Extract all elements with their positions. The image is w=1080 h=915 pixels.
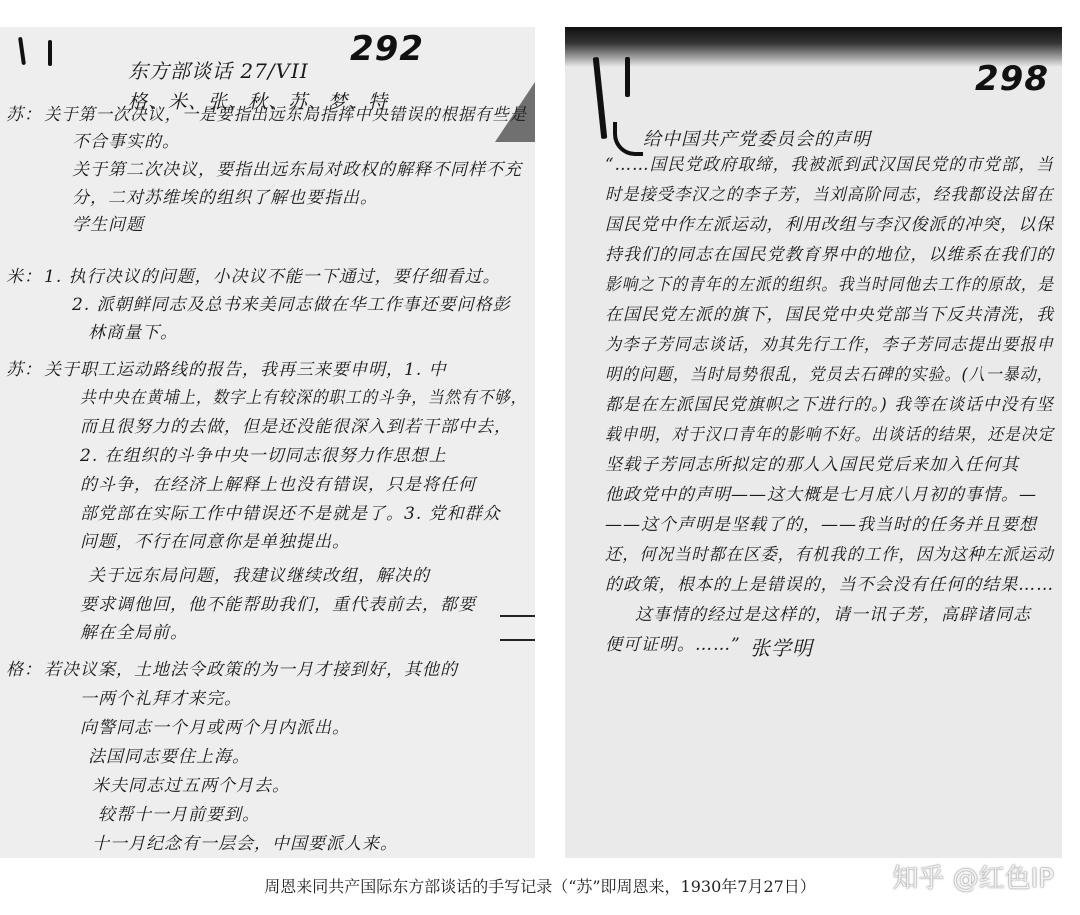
handwritten-line: 还，何况当时都在区委，有机我的工作，因为这种左派运动 bbox=[605, 540, 1054, 565]
handwritten-line: 米夫同志过五两个月去。 bbox=[92, 771, 290, 796]
handwritten-line: 这事情的经过是这样的，请一讯子芳，高辟诸同志 bbox=[635, 600, 1031, 625]
handwritten-line: 解在全局前。 bbox=[80, 618, 188, 643]
page-number: 298 bbox=[975, 59, 1049, 99]
document-title: 给中国共产党委员会的声明 bbox=[643, 125, 871, 151]
handwritten-line: 的政策，根本的上是错误的，当不会没有任何的结果…… bbox=[605, 570, 1054, 595]
handwritten-line: 影响之下的青年的左派的组织。我当时同他去工作的原故，是 bbox=[605, 270, 1054, 295]
handwritten-line: 向警同志一个月或两个月内派出。 bbox=[80, 713, 350, 738]
right-document-scan: 298 给中国共产党委员会的声明 “……国民党政府取缔，我被派到武汉国民党的市党… bbox=[565, 27, 1062, 858]
speaker-label: 苏： bbox=[6, 355, 42, 380]
handwritten-line: 1. 执行决议的问题，小决议不能一下通过，要仔细看过。 bbox=[44, 262, 501, 287]
handwritten-line: 坚载子芳同志所拟定的那人入国民党后来加入任何其 bbox=[605, 450, 1019, 475]
handwritten-line: 2. 派朝鲜同志及总书来美同志做在华工作事还要问格彭 bbox=[72, 290, 511, 315]
handwritten-line: 关于第一次决议，一是要指出远东局指挥中央错误的根据有些是 bbox=[44, 100, 527, 125]
handwritten-line: 若决议案，土地法令政策的为一月才接到好，其他的 bbox=[44, 655, 458, 680]
handwritten-line: 关于第二次决议，要指出远东局对政权的解释不同样不充 bbox=[72, 155, 522, 180]
handwritten-line: 为李子芳同志谈话，劝其先行工作，李子芳同志提出要报申 bbox=[605, 330, 1054, 355]
watermark: 知乎 @红色IP bbox=[892, 858, 1054, 895]
handwritten-line: 持我们的同志在国民党教育界中的地位，以维系在我们的 bbox=[605, 240, 1054, 265]
handwritten-line: 林商量下。 bbox=[88, 318, 178, 343]
handwritten-line: 的斗争，在经济上解释上也没有错误，只是将任何 bbox=[80, 470, 476, 495]
handwritten-line: 明的问题，当时局势很乱，党员去石碑的实验。(八一暴动， bbox=[605, 360, 1054, 385]
margin-stroke bbox=[500, 615, 535, 617]
margin-mark bbox=[48, 40, 52, 66]
handwritten-line: 时是接受李汉之的李子芳，当刘高阶同志，经我都设法留在 bbox=[605, 180, 1054, 205]
handwritten-line: 较帮十一月前要到。 bbox=[98, 800, 260, 825]
speaker-label: 米： bbox=[6, 262, 42, 287]
handwritten-line: 关于职工运动路线的报告，我再三来要申明，1. 中 bbox=[44, 355, 447, 380]
handwritten-line: 都是在左派国民党旗帜之下进行的。) 我等在谈话中没有坚 bbox=[605, 390, 1054, 415]
margin-mark bbox=[625, 57, 630, 97]
handwritten-line: 法国同志要住上海。 bbox=[88, 742, 250, 767]
handwritten-line: 他政党中的声明——这大概是七月底八月初的事情。— bbox=[605, 480, 1037, 505]
handwritten-line: 十一月纪念有一层会，中国要派人来。 bbox=[92, 829, 398, 854]
handwritten-line: 分，二对苏维埃的组织了解也要指出。 bbox=[72, 183, 378, 208]
handwritten-line: ——这个声明是坚载了的，——我当时的任务并且要想 bbox=[605, 510, 1037, 535]
handwritten-line: 在国民党左派的旗下，国民党中央党部当下反共清洗，我 bbox=[605, 300, 1054, 325]
handwritten-line: 而且很努力的去做，但是还没能很深入到若干部中去， bbox=[80, 412, 512, 437]
left-document-scan: 292 东方部谈话 27/VII 格、米、张、秋、苏、梦、特 苏：关于第一次决议… bbox=[0, 27, 535, 858]
handwritten-line: 要求调他回，他不能帮助我们，重代表前去，都要 bbox=[80, 590, 476, 615]
handwritten-line: 部党部在实际工作中错误还不是就是了。3. 党和群众 bbox=[80, 499, 501, 524]
handwritten-line: “……国民党政府取缔，我被派到武汉国民党的市党部，当 bbox=[605, 150, 1054, 175]
handwritten-line: 问题，不行在同意你是单独提出。 bbox=[80, 527, 350, 552]
page-number: 292 bbox=[350, 29, 424, 69]
handwritten-line: 便可证明。……” bbox=[605, 630, 741, 655]
margin-stroke bbox=[500, 639, 535, 641]
signature: 张学明 bbox=[750, 632, 813, 661]
margin-mark bbox=[593, 57, 608, 139]
handwritten-line: 共中央在黄埔上，数字上有较深的职工的斗争，当然有不够， bbox=[80, 383, 527, 408]
document-header: 东方部谈话 27/VII bbox=[128, 55, 309, 84]
handwritten-line: 学生问题 bbox=[72, 210, 144, 235]
handwritten-line: 2. 在组织的斗争中央一切同志很努力作思想上 bbox=[80, 441, 447, 466]
speaker-label: 苏： bbox=[6, 100, 42, 125]
handwritten-line: 关于远东局问题，我建议继续改组，解决的 bbox=[88, 561, 430, 586]
handwritten-line: 不合事实的。 bbox=[72, 127, 180, 152]
handwritten-line: 国民党中作左派运动，利用改组与李汉俊派的冲突，以保 bbox=[605, 210, 1054, 235]
speaker-label: 格： bbox=[6, 655, 42, 680]
handwritten-line: 一两个礼拜才来完。 bbox=[80, 684, 242, 709]
handwritten-line: 载申明，对于汉口青年的影响不好。出谈话的结果，还是决定 bbox=[605, 420, 1054, 445]
margin-mark bbox=[18, 37, 26, 65]
